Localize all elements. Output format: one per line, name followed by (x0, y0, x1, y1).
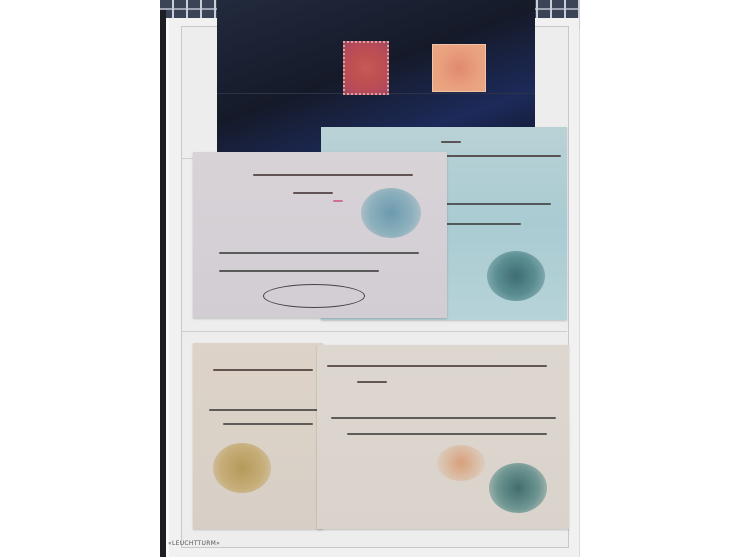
handwriting (357, 381, 387, 383)
handwriting (293, 192, 333, 194)
handwriting (327, 365, 547, 367)
handwriting (441, 223, 521, 225)
cancellation-seal (213, 443, 271, 493)
cover-beige-left (193, 343, 323, 529)
handwriting (209, 409, 319, 411)
stamp-red (343, 41, 389, 95)
brand-label: «LEUCHTTURM» (168, 540, 220, 547)
album-page-photo: «LEUCHTTURM» (160, 0, 580, 557)
handwriting (431, 155, 561, 157)
handwriting (253, 174, 413, 176)
handwriting (347, 433, 547, 435)
cancellation-seal (489, 463, 547, 513)
handwriting (219, 252, 419, 254)
cover-beige-right (317, 345, 569, 529)
handwriting (223, 423, 313, 425)
strip-line (181, 331, 567, 332)
handwriting (219, 270, 379, 272)
stamp-orange (432, 44, 486, 92)
handwriting (331, 417, 556, 419)
handwriting (441, 141, 461, 143)
handwriting (441, 203, 551, 205)
album-sheet (166, 18, 579, 557)
handwriting (213, 369, 313, 371)
cancellation-seal (361, 188, 421, 238)
cancellation-seal (487, 251, 545, 301)
cover-grey (193, 152, 447, 318)
signature-flourish (263, 284, 365, 308)
stain (437, 445, 485, 481)
red-annotation (333, 200, 343, 202)
